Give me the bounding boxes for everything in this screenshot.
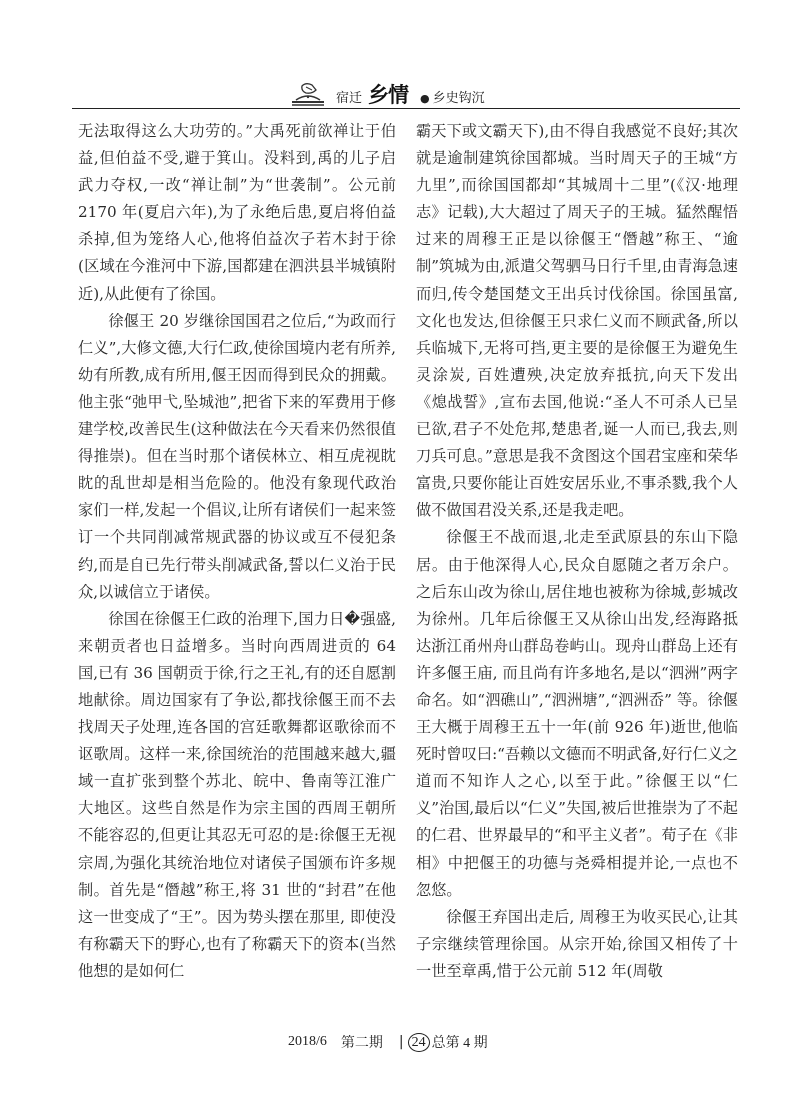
issue-date: 2018/6 (288, 1034, 327, 1050)
bullet-icon: ● (420, 92, 430, 105)
pen-and-book-logo-icon (290, 82, 326, 106)
section-label: ●乡史钩沉 (420, 87, 485, 106)
right-column: 霸天下或文霸天下),由不得自我感觉不良好;其次就是逾制建筑徐国都城。当时周天子的… (416, 118, 738, 985)
brand-title: 乡情 (368, 84, 408, 106)
page-footer: 2018/6 第二期 | 24 总第 4 期 (288, 1032, 488, 1052)
footer-separator: | (399, 1034, 404, 1050)
brand-location: 宿迁 (336, 87, 362, 106)
total-issue: 总第 4 期 (432, 1032, 488, 1052)
paragraph: 徐国在徐偃王仁政的治理下,国力日�强盛,来朝贡者也日益增多。当时向西周进贡的 6… (78, 606, 396, 985)
page-header: 宿迁 乡情 ●乡史钩沉 (290, 80, 485, 106)
paragraph: 徐偃王 20 岁继徐国国君之位后,“为政而行仁义”,大修文德,大行仁政,使徐国境… (78, 308, 396, 606)
header-rule (72, 108, 740, 109)
paragraph: 徐偃王弃国出走后, 周穆王为收买民心,让其子宗继续管理徐国。从宗开始,徐国又相传… (416, 904, 738, 985)
paragraph: 无法取得这么大功劳的。”大禹死前欲禅让于伯益,但伯益不受,避于箕山。没料到,禹的… (78, 118, 396, 308)
issue-number: 第二期 (341, 1032, 383, 1052)
paragraph: 徐偃王不战而退,北走至武原县的东山下隐居。由于他深得人心,民众自愿随之者万余户。… (416, 524, 738, 903)
page-number: 24 (408, 1033, 430, 1052)
paragraph: 霸天下或文霸天下),由不得自我感觉不良好;其次就是逾制建筑徐国都城。当时周天子的… (416, 118, 738, 524)
left-column: 无法取得这么大功劳的。”大禹死前欲禅让于伯益,但伯益不受,避于箕山。没料到,禹的… (78, 118, 396, 985)
section-name: 乡史钩沉 (433, 91, 485, 106)
